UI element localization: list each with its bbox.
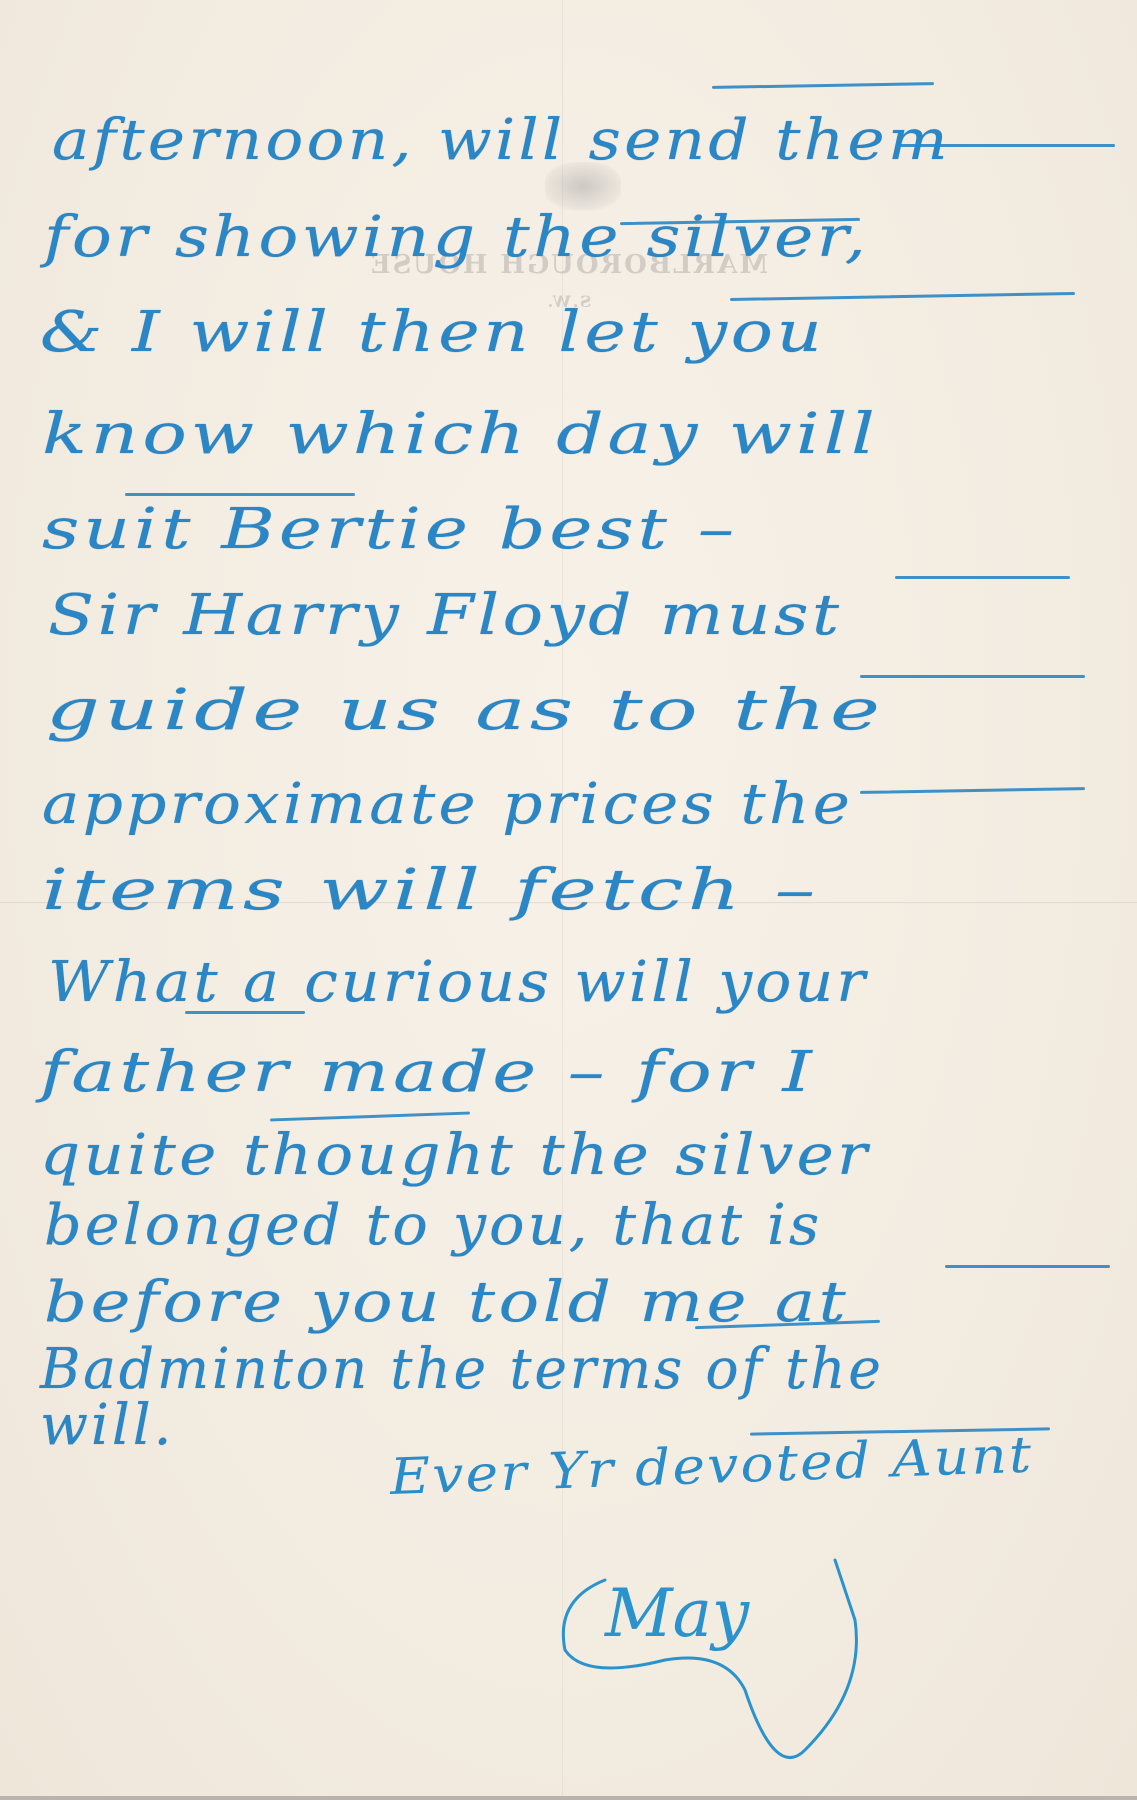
letter-line-11: father made – for I (40, 1040, 816, 1105)
letter-line-3: & I will then let you (40, 300, 825, 365)
t-cross-flourish (945, 1265, 1110, 1268)
t-cross-flourish (730, 292, 1075, 301)
t-cross-flourish (860, 675, 1085, 678)
letter-line-10: What a curious will your (48, 950, 868, 1015)
t-cross-flourish (125, 493, 355, 496)
letter-line-6: Sir Harry Floyd must (48, 583, 843, 648)
t-cross-flourish (270, 1112, 470, 1122)
t-cross-flourish (860, 787, 1085, 794)
t-cross-flourish (900, 144, 1115, 147)
t-cross-flourish (712, 82, 934, 89)
signature-flourish-icon (545, 1540, 945, 1780)
letter-line-9: items will fetch – (42, 858, 820, 923)
letter-line-7: guide us as to the (46, 678, 884, 743)
letter-line-4: know which day will (42, 402, 879, 467)
letter-line-16: will. (40, 1393, 174, 1458)
t-cross-flourish (895, 576, 1070, 579)
t-cross-flourish (185, 1011, 305, 1014)
letter-line-5: suit Bertie best – (42, 497, 738, 562)
letter-line-13: belonged to you, that is (44, 1193, 822, 1258)
letter-line-1: afternoon, will send them (52, 108, 951, 173)
letter-closing: Ever Yr devoted Aunt (389, 1426, 1034, 1506)
letter-line-2: for showing the silver, (44, 205, 869, 270)
letter-line-12: quite thought the silver (40, 1123, 870, 1188)
letter-body: afternoon, will send them for showing th… (0, 0, 1137, 1800)
letter-line-8: approximate prices the (42, 772, 853, 837)
